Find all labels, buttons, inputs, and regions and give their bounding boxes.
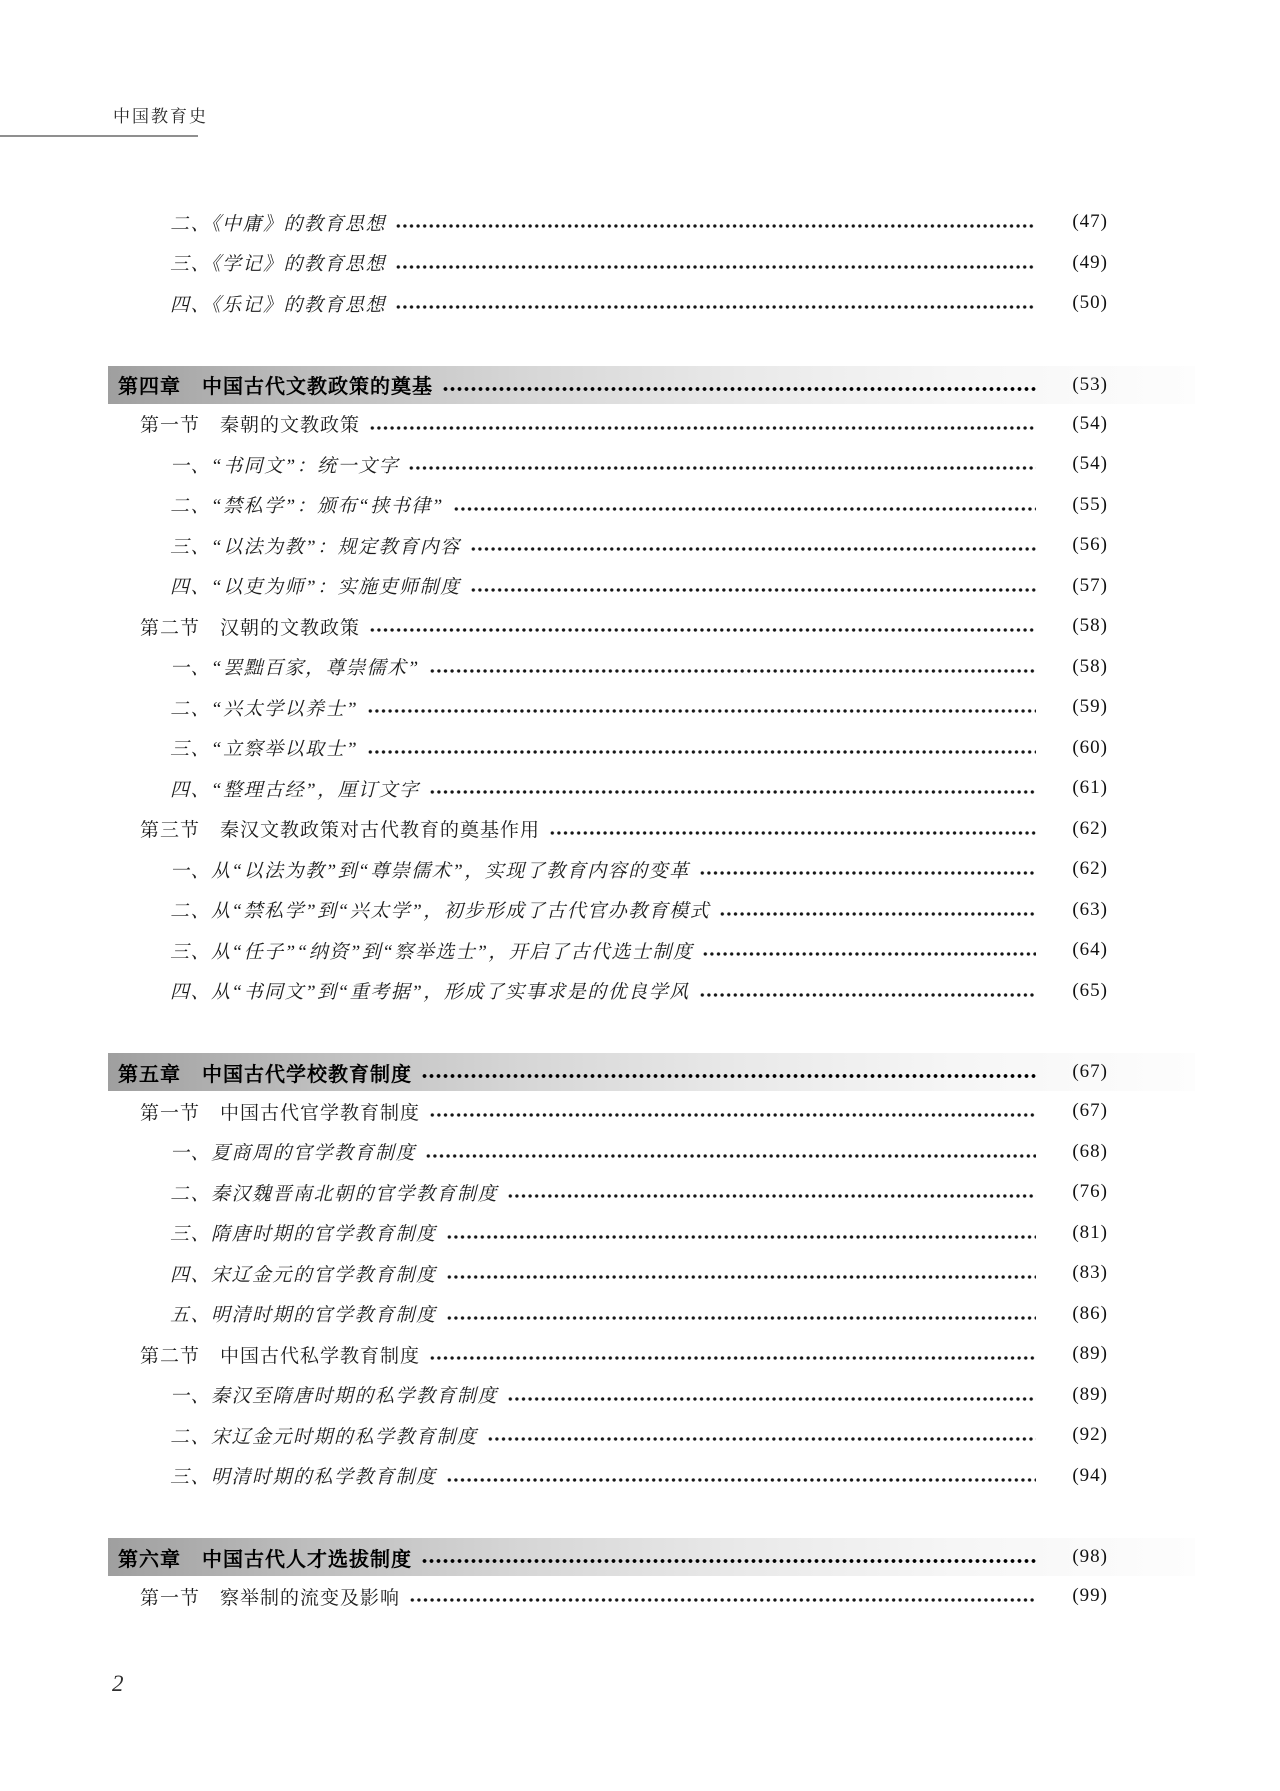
toc-entry: 三、隋唐时期的官学教育制度 (81) <box>108 1213 1108 1254</box>
toc-entry-title: 一、“罢黜百家，尊崇儒术” <box>170 653 420 680</box>
toc-entry-page: (64) <box>1046 939 1108 961</box>
toc-entry-title: 一、从“以法为教”到“尊崇儒术”，实现了教育内容的变革 <box>170 856 690 883</box>
toc-entry-title: 四、宋辽金元的官学教育制度 <box>170 1260 437 1287</box>
dotted-leader <box>408 464 1036 472</box>
toc-entry-page: (83) <box>1046 1262 1108 1284</box>
toc-entry-title: 三、从“任子”“纳资”到“察举选士”，开启了古代选士制度 <box>170 937 693 964</box>
dotted-leader <box>446 1476 1036 1484</box>
toc-entry-page: (89) <box>1046 1384 1108 1406</box>
toc-entry-page: (55) <box>1046 494 1108 516</box>
toc-entry: 一、从“以法为教”到“尊崇儒术”，实现了教育内容的变革 (62) <box>108 849 1108 890</box>
toc-entry-page: (67) <box>1046 1100 1108 1122</box>
toc-entry: 一、夏商周的官学教育制度 (68) <box>108 1132 1108 1173</box>
toc-entry: 三、从“任子”“纳资”到“察举选士”，开启了古代选士制度 (64) <box>108 930 1108 971</box>
toc-entry-title: 第五章 中国古代学校教育制度 <box>118 1058 412 1087</box>
toc-entry-page: (53) <box>1046 374 1108 396</box>
toc-entry-title: 二、“兴太学以养士” <box>170 694 358 721</box>
toc-entry-title: 第一节 秦朝的文教政策 <box>140 410 360 437</box>
dotted-leader <box>395 222 1036 230</box>
toc-entry-title: 三、隋唐时期的官学教育制度 <box>170 1219 437 1246</box>
toc-entry-page: (81) <box>1046 1222 1108 1244</box>
toc-entry-page: (58) <box>1046 656 1108 678</box>
toc-entry-page: (59) <box>1046 696 1108 718</box>
toc-entry: 四、从“书同文”到“重考据”，形成了实事求是的优良学风 (65) <box>108 971 1108 1012</box>
dotted-leader <box>395 263 1036 271</box>
toc-entry-page: (56) <box>1046 534 1108 556</box>
toc-chapter-row: 第五章 中国古代学校教育制度 (67) <box>108 1053 1195 1091</box>
toc-entry: 一、“罢黜百家，尊崇儒术” (58) <box>108 647 1108 688</box>
dotted-leader <box>549 829 1036 837</box>
toc-entry-page: (49) <box>1046 252 1108 274</box>
dotted-leader <box>369 626 1036 634</box>
toc-entry: 四、《乐记》的教育思想 (50) <box>108 283 1108 324</box>
toc-entry-title: 四、“整理古经”，厘订文字 <box>170 775 420 802</box>
toc-entry-title: 第一节 中国古代官学教育制度 <box>140 1098 420 1125</box>
toc-entry: 三、“立察举以取士” (60) <box>108 728 1108 769</box>
toc-entry-title: 第六章 中国古代人才选拔制度 <box>118 1543 412 1572</box>
toc-entry-page: (92) <box>1046 1424 1108 1446</box>
toc-entry-page: (67) <box>1046 1061 1108 1083</box>
toc-entry-title: 第四章 中国古代文教政策的奠基 <box>118 370 433 399</box>
toc-entry-page: (94) <box>1046 1465 1108 1487</box>
toc-entry-page: (54) <box>1046 413 1108 435</box>
toc-entry-page: (89) <box>1046 1343 1108 1365</box>
running-head: 中国教育史 <box>113 102 208 127</box>
toc-entry-page: (50) <box>1046 292 1108 314</box>
toc-entry: 二、秦汉魏晋南北朝的官学教育制度 (76) <box>108 1172 1108 1213</box>
toc-entry-title: 五、明清时期的官学教育制度 <box>170 1300 437 1327</box>
toc-entry: 二、《中庸》的教育思想 (47) <box>108 202 1108 243</box>
dotted-leader <box>446 1273 1036 1281</box>
toc-entry: 第三节 秦汉文教政策对古代教育的奠基作用 (62) <box>108 809 1108 850</box>
toc-entry: 二、宋辽金元时期的私学教育制度 (92) <box>108 1415 1108 1456</box>
toc-entry-page: (86) <box>1046 1303 1108 1325</box>
toc-entry: 四、“以吏为师”：实施吏师制度 (57) <box>108 566 1108 607</box>
dotted-leader <box>507 1192 1036 1200</box>
dotted-leader <box>429 788 1036 796</box>
toc-entry-title: 四、从“书同文”到“重考据”，形成了实事求是的优良学风 <box>170 977 690 1004</box>
dotted-leader <box>409 1596 1036 1604</box>
toc-entry-title: 第一节 察举制的流变及影响 <box>140 1583 400 1610</box>
dotted-leader <box>719 910 1036 918</box>
toc-entry-page: (57) <box>1046 575 1108 597</box>
dotted-leader <box>367 748 1036 756</box>
toc-entry-title: 二、宋辽金元时期的私学教育制度 <box>170 1422 478 1449</box>
dotted-leader <box>367 707 1036 715</box>
toc-entry-page: (47) <box>1046 211 1108 233</box>
toc-entry-page: (65) <box>1046 980 1108 1002</box>
dotted-leader <box>421 1557 1036 1565</box>
dotted-leader <box>487 1435 1036 1443</box>
dotted-leader <box>699 869 1036 877</box>
dotted-leader <box>446 1314 1036 1322</box>
toc-entry-page: (60) <box>1046 737 1108 759</box>
dotted-leader <box>470 545 1036 553</box>
toc-entry: 第一节 中国古代官学教育制度 (67) <box>108 1091 1108 1132</box>
toc-entry: 一、秦汉至隋唐时期的私学教育制度 (89) <box>108 1375 1108 1416</box>
toc-entry: 第一节 秦朝的文教政策 (54) <box>108 404 1108 445</box>
toc-entry-title: 二、“禁私学”：颁布“挟书律” <box>170 491 444 518</box>
toc-entry-title: 第二节 中国古代私学教育制度 <box>140 1341 420 1368</box>
toc-entry-title: 二、从“禁私学”到“兴太学”，初步形成了古代官办教育模式 <box>170 896 710 923</box>
toc-entry: 第一节 察举制的流变及影响 (99) <box>108 1576 1108 1617</box>
toc-entry: 二、“兴太学以养士” (59) <box>108 687 1108 728</box>
toc-entry-page: (98) <box>1046 1546 1108 1568</box>
toc-list: 二、《中庸》的教育思想 (47) 三、《学记》的教育思想 (49) 四、《乐记》… <box>108 202 1195 1617</box>
toc-entry-title: 三、明清时期的私学教育制度 <box>170 1462 437 1489</box>
toc-entry: 第二节 中国古代私学教育制度 (89) <box>108 1334 1108 1375</box>
dotted-leader <box>429 667 1036 675</box>
header-rule <box>0 135 198 137</box>
toc-entry: 三、明清时期的私学教育制度 (94) <box>108 1456 1108 1497</box>
dotted-leader <box>470 586 1036 594</box>
toc-entry: 五、明清时期的官学教育制度 (86) <box>108 1294 1108 1335</box>
toc-entry-title: 第三节 秦汉文教政策对古代教育的奠基作用 <box>140 815 540 842</box>
toc-entry-title: 二、秦汉魏晋南北朝的官学教育制度 <box>170 1179 498 1206</box>
toc-entry-page: (76) <box>1046 1181 1108 1203</box>
toc-entry-title: 一、“书同文”：统一文字 <box>170 451 399 478</box>
toc-entry-title: 二、《中庸》的教育思想 <box>170 209 386 236</box>
toc-entry: 一、“书同文”：统一文字 (54) <box>108 444 1108 485</box>
toc-entry-title: 一、夏商周的官学教育制度 <box>170 1138 416 1165</box>
dotted-leader <box>702 950 1036 958</box>
dotted-leader <box>507 1395 1036 1403</box>
toc-entry-page: (58) <box>1046 615 1108 637</box>
toc-entry-title: 一、秦汉至隋唐时期的私学教育制度 <box>170 1381 498 1408</box>
page-number: 2 <box>112 1671 124 1697</box>
dotted-leader <box>421 1072 1036 1080</box>
toc-entry-title: 第二节 汉朝的文教政策 <box>140 613 360 640</box>
dotted-leader <box>425 1152 1036 1160</box>
dotted-leader <box>453 505 1036 513</box>
dotted-leader <box>395 303 1036 311</box>
toc-entry-page: (62) <box>1046 818 1108 840</box>
toc-entry-page: (99) <box>1046 1585 1108 1607</box>
toc-entry-title: 三、“以法为教”：规定教育内容 <box>170 532 461 559</box>
toc-chapter-row: 第六章 中国古代人才选拔制度 (98) <box>108 1538 1195 1576</box>
toc-entry: 第二节 汉朝的文教政策 (58) <box>108 606 1108 647</box>
dotted-leader <box>369 424 1036 432</box>
toc-entry-page: (54) <box>1046 453 1108 475</box>
toc-entry-page: (62) <box>1046 858 1108 880</box>
toc-entry: 二、从“禁私学”到“兴太学”，初步形成了古代官办教育模式 (63) <box>108 890 1108 931</box>
toc-entry-page: (63) <box>1046 899 1108 921</box>
dotted-leader <box>446 1233 1036 1241</box>
toc-entry: 二、“禁私学”：颁布“挟书律” (55) <box>108 485 1108 526</box>
toc-entry-title: 三、《学记》的教育思想 <box>170 249 386 276</box>
toc-entry: 四、“整理古经”，厘订文字 (61) <box>108 768 1108 809</box>
toc-entry-title: 四、“以吏为师”：实施吏师制度 <box>170 572 461 599</box>
toc-entry: 三、《学记》的教育思想 (49) <box>108 243 1108 284</box>
toc-entry: 四、宋辽金元的官学教育制度 (83) <box>108 1253 1108 1294</box>
dotted-leader <box>429 1111 1036 1119</box>
toc-entry-page: (61) <box>1046 777 1108 799</box>
toc-chapter-row: 第四章 中国古代文教政策的奠基 (53) <box>108 366 1195 404</box>
dotted-leader <box>429 1354 1036 1362</box>
toc-entry: 三、“以法为教”：规定教育内容 (56) <box>108 525 1108 566</box>
toc-entry-title: 三、“立察举以取士” <box>170 734 358 761</box>
toc-entry-page: (68) <box>1046 1141 1108 1163</box>
dotted-leader <box>699 991 1036 999</box>
dotted-leader <box>442 385 1036 393</box>
toc-entry-title: 四、《乐记》的教育思想 <box>170 290 386 317</box>
